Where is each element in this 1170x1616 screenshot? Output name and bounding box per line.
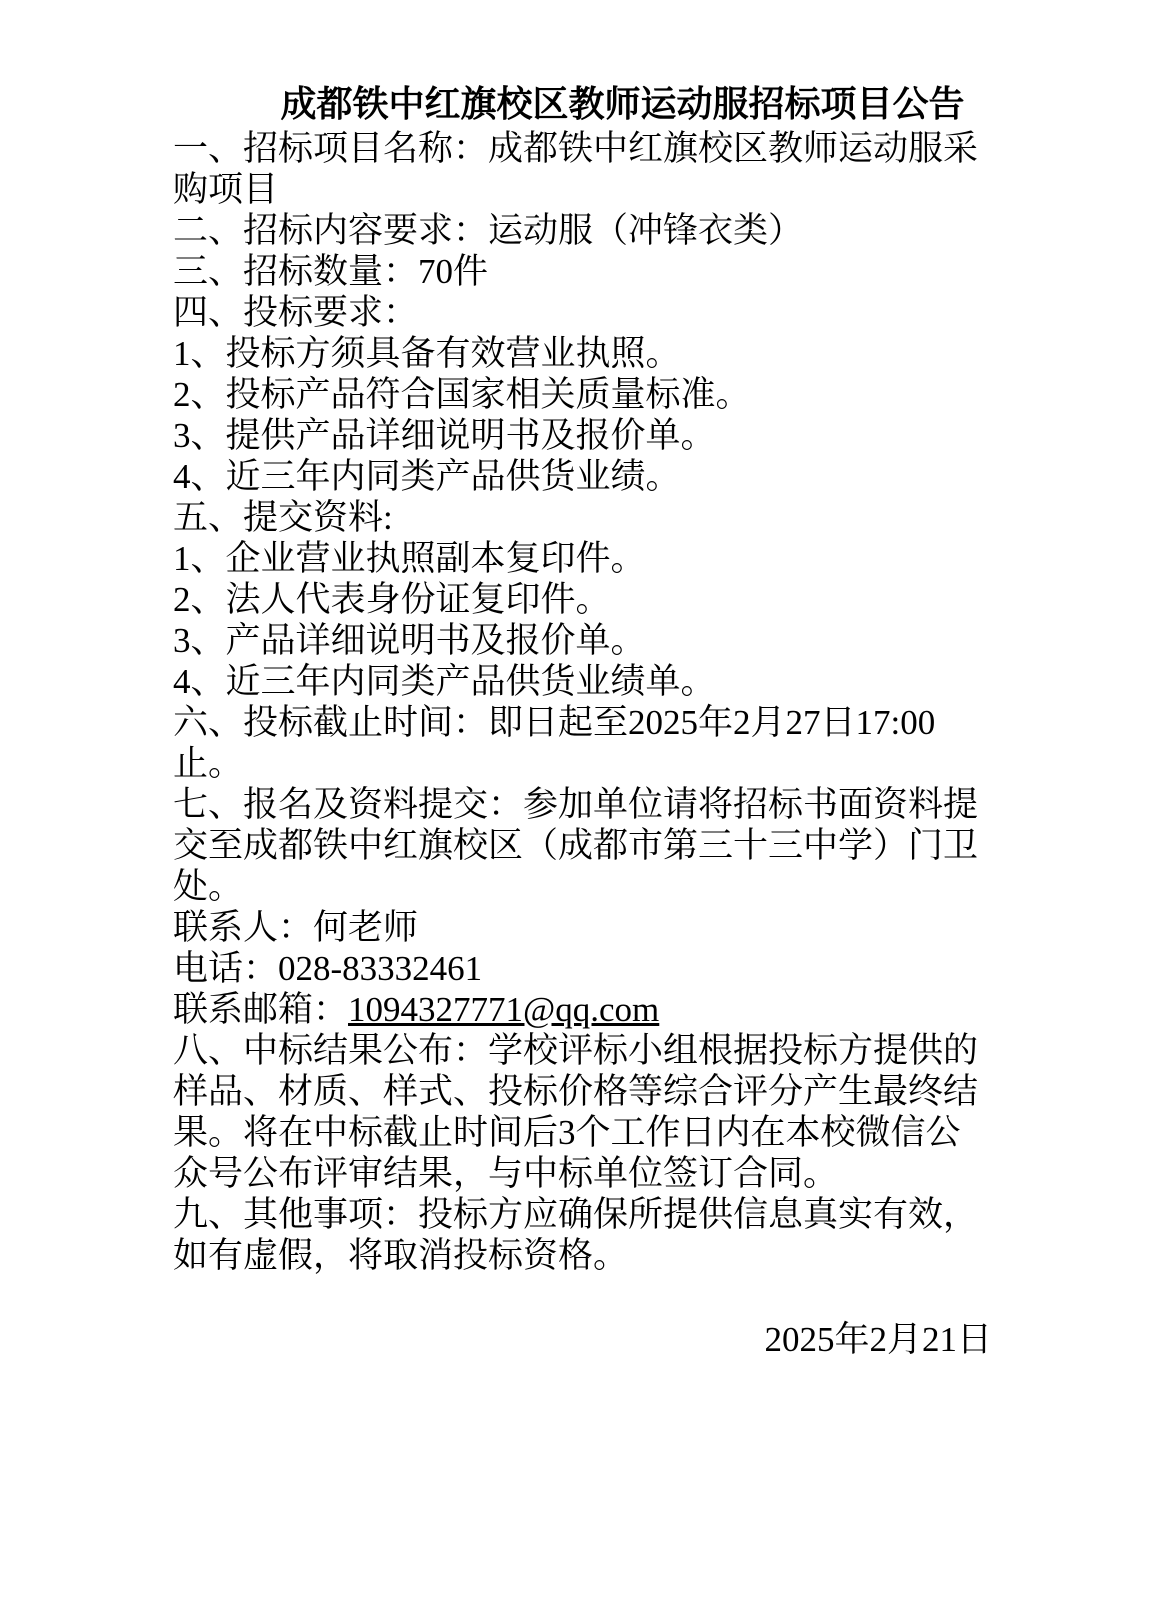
text-line: 4、近三年内同类产品供货业绩。 (173, 456, 992, 497)
text-line: 2、法人代表身份证复印件。 (173, 579, 992, 620)
text-line: 止。 (173, 743, 992, 784)
text-line: 3、提供产品详细说明书及报价单。 (173, 415, 992, 456)
text-line: 2、投标产品符合国家相关质量标准。 (173, 374, 992, 415)
text-line: 三、招标数量：70件 (173, 251, 992, 292)
text-line: 4、近三年内同类产品供货业绩单。 (173, 661, 992, 702)
document-date: 2025年2月21日 (173, 1319, 992, 1360)
text-line: 八、中标结果公布：学校评标小组根据投标方提供的 (173, 1030, 992, 1071)
text-line: 处。 (173, 866, 992, 907)
text-line: 九、其他事项：投标方应确保所提供信息真实有效， (173, 1194, 992, 1235)
text-line: 一、招标项目名称：成都铁中红旗校区教师运动服采 (173, 128, 992, 169)
text-line: 联系人：何老师 (173, 907, 992, 948)
body-part1: 一、招标项目名称：成都铁中红旗校区教师运动服采购项目二、招标内容要求：运动服（冲… (173, 128, 992, 989)
text-line: 果。将在中标截止时间后3个工作日内在本校微信公 (173, 1112, 992, 1153)
text-line: 3、产品详细说明书及报价单。 (173, 620, 992, 661)
body-part2: 八、中标结果公布：学校评标小组根据投标方提供的样品、材质、样式、投标价格等综合评… (173, 1030, 992, 1276)
document-title: 成都铁中红旗校区教师运动服招标项目公告 (173, 80, 992, 128)
text-line: 样品、材质、样式、投标价格等综合评分产生最终结 (173, 1071, 992, 1112)
contact-email-line: 联系邮箱：1094327771@qq.com (173, 989, 992, 1030)
contact-email-link[interactable]: 1094327771@qq.com (348, 990, 659, 1029)
text-line: 二、招标内容要求：运动服（冲锋衣类） (173, 210, 992, 251)
document-body: 一、招标项目名称：成都铁中红旗校区教师运动服采购项目二、招标内容要求：运动服（冲… (173, 128, 992, 1360)
text-line: 1、企业营业执照副本复印件。 (173, 538, 992, 579)
text-line: 如有虚假，将取消投标资格。 (173, 1235, 992, 1276)
text-line: 四、投标要求： (173, 292, 992, 333)
text-line: 1、投标方须具备有效营业执照。 (173, 333, 992, 374)
text-line: 众号公布评审结果，与中标单位签订合同。 (173, 1153, 992, 1194)
text-line: 购项目 (173, 169, 992, 210)
text-line: 电话：028-83332461 (173, 948, 992, 989)
text-line: 五、提交资料: (173, 497, 992, 538)
announcement-page: 成都铁中红旗校区教师运动服招标项目公告 一、招标项目名称：成都铁中红旗校区教师运… (0, 0, 1170, 1616)
text-line: 交至成都铁中红旗校区（成都市第三十三中学）门卫 (173, 825, 992, 866)
contact-email-label: 联系邮箱： (173, 990, 348, 1029)
text-line: 七、报名及资料提交：参加单位请将招标书面资料提 (173, 784, 992, 825)
text-line: 六、投标截止时间：即日起至2025年2月27日17:00 (173, 702, 992, 743)
